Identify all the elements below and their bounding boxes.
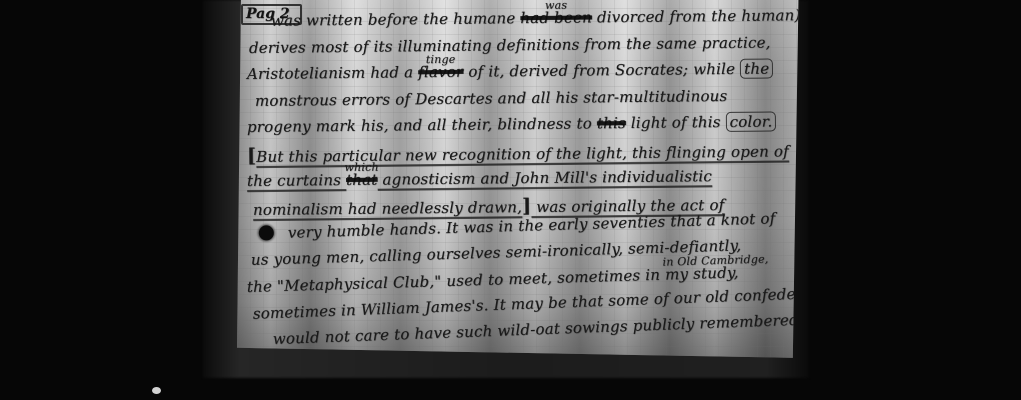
struck-text: this	[597, 114, 626, 132]
handwritten-text: nominalism had needlessly drawn,	[253, 198, 522, 219]
handwritten-text: divorced from the human)	[592, 6, 801, 26]
inserted-text: was	[545, 0, 567, 12]
manuscript-lines: was written before the humane had beenwa…	[237, 0, 799, 360]
handwritten-text: monstrous errors of Descartes and all hi…	[255, 87, 728, 110]
inserted-text: in Old Cambridge,	[662, 252, 768, 268]
revision-group: study,in Old Cambridge,	[693, 263, 739, 282]
handwritten-text: the curtains	[247, 171, 346, 190]
handwritten-text: But this particular new recognition of t…	[256, 142, 789, 166]
handwritten-text: agnosticism and John Mill's individualis…	[377, 167, 712, 189]
handwritten-text: Aristotelianism had a	[247, 63, 418, 83]
handwritten-text: the	[740, 59, 773, 79]
handwritten-text: progeny mark his, and all their, blindne…	[247, 115, 597, 137]
handwritten-text: was written before the humane	[271, 9, 521, 30]
manuscript-page: Pag 2 was written before the humane had …	[237, 0, 799, 360]
manuscript-photo: Pag 2 was written before the humane had …	[0, 0, 1021, 400]
inserted-text: tinge	[426, 53, 456, 66]
inserted-text: which	[344, 160, 378, 173]
revision-group: thatwhich	[346, 170, 378, 188]
film-speck	[152, 387, 161, 394]
handwritten-text: of it, derived from Socrates; while	[463, 60, 740, 81]
handwritten-text: light of this	[626, 113, 726, 132]
handwritten-text: [	[247, 145, 256, 167]
handwritten-text: color.	[726, 112, 777, 133]
revision-group: flavortinge	[418, 63, 463, 81]
ink-blot-dot	[259, 225, 274, 240]
revision-group: had beenwas	[520, 8, 592, 27]
